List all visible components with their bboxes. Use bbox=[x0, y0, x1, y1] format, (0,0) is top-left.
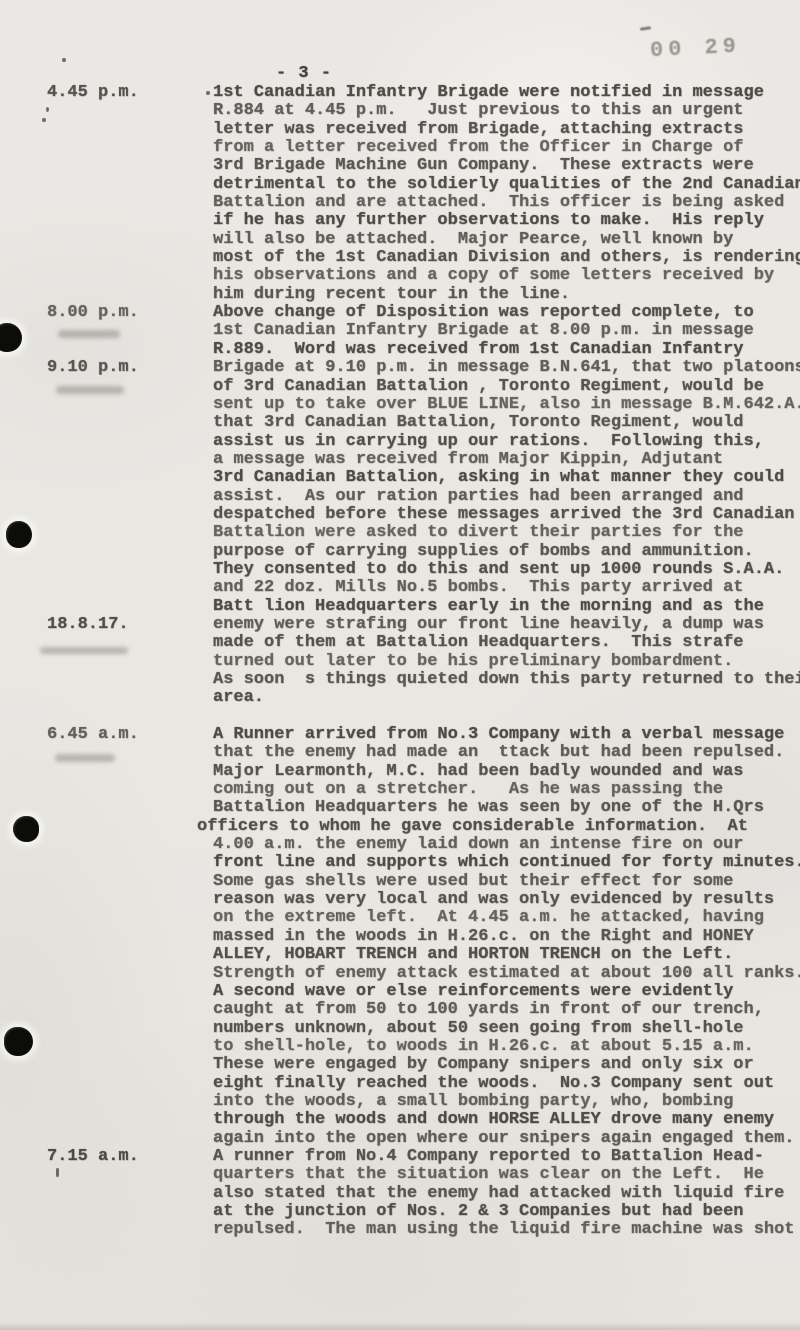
text-line: reason was very local and was only evide… bbox=[213, 891, 800, 909]
text-line: R.884 at 4.45 p.m. Just previous to this… bbox=[213, 102, 800, 120]
text-line: They consented to do this and sent up 10… bbox=[213, 561, 800, 579]
text-line: numbers unknown, about 50 seen going fro… bbox=[213, 1020, 800, 1038]
text-line: him during recent tour in the line. bbox=[213, 286, 800, 304]
text-line: assist us in carrying up our rations. Fo… bbox=[213, 433, 800, 451]
text-line: repulsed. The man using the liquid fire … bbox=[213, 1221, 800, 1239]
ink-speck bbox=[206, 91, 210, 95]
text-line: officers to whom he gave considerable in… bbox=[197, 818, 800, 836]
text-line: front line and supports which continued … bbox=[213, 854, 800, 872]
text-line: again into the open where our snipers ag… bbox=[213, 1130, 800, 1148]
erased-smudge bbox=[58, 330, 120, 338]
text-line: area. bbox=[213, 689, 800, 707]
ink-speck bbox=[62, 58, 66, 62]
text-line: Major Learmonth, M.C. had been badly wou… bbox=[213, 763, 800, 781]
text-line: Battalion Headquarters he was seen by on… bbox=[213, 799, 800, 817]
text-line: caught at from 50 to 100 yards in front … bbox=[213, 1001, 800, 1019]
stamp-dash-mark bbox=[640, 26, 651, 31]
punch-hole bbox=[0, 323, 22, 352]
text-line: 1st Canadian Infantry Brigade at 8.00 p.… bbox=[213, 322, 800, 340]
text-line: from a letter received from the Officer … bbox=[213, 139, 800, 157]
text-line: also stated that the enemy had attacked … bbox=[213, 1185, 800, 1203]
text-line: of 3rd Canadian Battalion , Toronto Regi… bbox=[213, 378, 800, 396]
text-line: despatched before these messages arrived… bbox=[213, 506, 800, 524]
text-line: These were engaged by Company snipers an… bbox=[213, 1056, 800, 1074]
margin-time-label: 4.45 p.m. bbox=[47, 84, 139, 102]
text-line: coming out on a stretcher. As he was pas… bbox=[213, 781, 800, 799]
text-line: will also be attached. Major Pearce, wel… bbox=[213, 231, 800, 249]
erased-smudge bbox=[40, 647, 128, 654]
text-line bbox=[213, 708, 800, 726]
text-line: quarters that the situation was clear on… bbox=[213, 1166, 800, 1184]
text-line: Some gas shells were used but their effe… bbox=[213, 873, 800, 891]
text-line: A second wave or else reinforcements wer… bbox=[213, 983, 800, 1001]
text-line: Batt lion Headquarters early in the morn… bbox=[213, 598, 800, 616]
ink-speck bbox=[56, 1168, 59, 1177]
text-line: 1st Canadian Infantry Brigade were notif… bbox=[213, 84, 800, 102]
margin-time-label: 8.00 p.m. bbox=[47, 304, 139, 322]
ink-speck bbox=[42, 118, 46, 122]
punch-hole bbox=[6, 521, 32, 548]
margin-time-label: 6.45 a.m. bbox=[47, 726, 139, 744]
text-line: A runner from No.4 Company reported to B… bbox=[213, 1148, 800, 1166]
punch-hole bbox=[4, 1027, 33, 1056]
text-line: if he has any further observations to ma… bbox=[213, 212, 800, 230]
text-line: on the extreme left. At 4.45 a.m. he att… bbox=[213, 909, 800, 927]
text-line: sent up to take over BLUE LINE, also in … bbox=[213, 396, 800, 414]
text-line: through the woods and down HORSE ALLEY d… bbox=[213, 1111, 800, 1129]
erased-smudge bbox=[56, 386, 124, 394]
erased-smudge bbox=[55, 754, 115, 762]
text-line: assist. As our ration parties had been a… bbox=[213, 488, 800, 506]
text-line: and 22 doz. Mills No.5 bombs. This party… bbox=[213, 579, 800, 597]
text-line: A Runner arrived from No.3 Company with … bbox=[213, 726, 800, 744]
text-line: Battalion and are attached. This officer… bbox=[213, 194, 800, 212]
text-line: purpose of carrying supplies of bombs an… bbox=[213, 543, 800, 561]
body-text: 1st Canadian Infantry Brigade were notif… bbox=[213, 84, 800, 1240]
document-page: 00 29 - 3 - 4.45 p.m.8.00 p.m.9.10 p.m.1… bbox=[0, 0, 800, 1330]
text-line: detrimental to the soldierly qualities o… bbox=[213, 176, 800, 194]
text-line: most of the 1st Canadian Division and ot… bbox=[213, 249, 800, 267]
text-line: massed in the woods in H.26.c. on the Ri… bbox=[213, 928, 800, 946]
text-line: As soon s things quieted down this party… bbox=[213, 671, 800, 689]
margin-time-label: 9.10 p.m. bbox=[47, 359, 139, 377]
text-line: R.889. Word was received from 1st Canadi… bbox=[213, 341, 800, 359]
punch-hole bbox=[13, 816, 39, 842]
text-line: eight finally reached the woods. No.3 Co… bbox=[213, 1075, 800, 1093]
ink-speck bbox=[46, 107, 49, 112]
text-line: a message was received from Major Kippin… bbox=[213, 451, 800, 469]
text-line: Strength of enemy attack estimated at ab… bbox=[213, 965, 800, 983]
text-line: 3rd Brigade Machine Gun Company. These e… bbox=[213, 157, 800, 175]
margin-time-label: 18.8.17. bbox=[47, 616, 129, 634]
text-line: 4.00 a.m. the enemy laid down an intense… bbox=[213, 836, 800, 854]
text-line: his observations and a copy of some lett… bbox=[213, 267, 800, 285]
text-line: enemy were strafing our front line heavi… bbox=[213, 616, 800, 634]
text-line: at the junction of Nos. 2 & 3 Companies … bbox=[213, 1203, 800, 1221]
text-line: that the enemy had made an ttack but had… bbox=[213, 744, 800, 762]
text-line: to shell-hole, to woods in H.26.c. at ab… bbox=[213, 1038, 800, 1056]
text-line: into the woods, a small bombing party, w… bbox=[213, 1093, 800, 1111]
text-line: Brigade at 9.10 p.m. in message B.N.641,… bbox=[213, 359, 800, 377]
text-line: that 3rd Canadian Battalion, Toronto Reg… bbox=[213, 414, 800, 432]
margin-time-label: 7.15 a.m. bbox=[47, 1148, 139, 1166]
page-number: - 3 - bbox=[276, 64, 332, 83]
date-stamp: 00 29 bbox=[649, 34, 741, 64]
text-line: Battalion were asked to divert their par… bbox=[213, 524, 800, 542]
text-line: Above change of Disposition was reported… bbox=[213, 304, 800, 322]
text-line: letter was received from Brigade, attach… bbox=[213, 121, 800, 139]
text-line: 3rd Canadian Battalion, asking in what m… bbox=[213, 469, 800, 487]
text-line: turned out later to be his preliminary b… bbox=[213, 653, 800, 671]
text-line: made of them at Battalion Headquarters. … bbox=[213, 634, 800, 652]
text-line: ALLEY, HOBART TRENCH and HORTON TRENCH o… bbox=[213, 946, 800, 964]
